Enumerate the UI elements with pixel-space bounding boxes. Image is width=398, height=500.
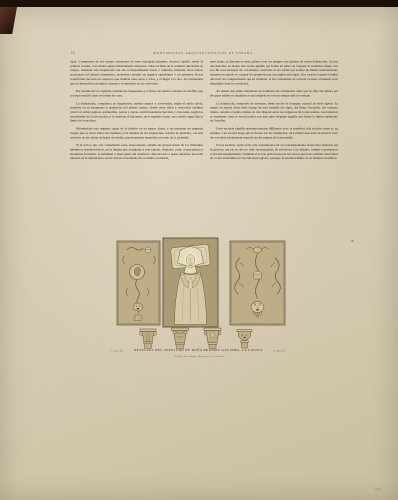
plate-subcaption: (Capilla del antiguo Hospital de la Lati… bbox=[112, 355, 286, 358]
photographed-book-page: 12 MONUMENTOS ARQUITECTÓNICOS DE ESPAÑA.… bbox=[0, 0, 398, 500]
running-title: MONUMENTOS ARQUITECTÓNICOS DE ESPAÑA. bbox=[70, 52, 338, 56]
paragraph-fr: La balustrade, composée de nervures, dem… bbox=[210, 102, 338, 124]
capitals-row bbox=[140, 328, 253, 348]
paragraph-fr: Au dessus des petits chapiteaux se termi… bbox=[210, 90, 338, 99]
skull-ornament bbox=[145, 247, 151, 253]
paper-speck bbox=[352, 240, 354, 242]
paragraph-fr: Cette seconde aiguille présente quelque … bbox=[210, 127, 338, 140]
paragraph-fr: Si nos lecteurs, après avoir pris connai… bbox=[210, 144, 338, 161]
paragraph-es: Diferénciase esta segunda aguja de la in… bbox=[70, 127, 203, 140]
pencil-note: 1908 bbox=[374, 488, 381, 491]
capital-detail bbox=[140, 329, 157, 348]
plate-caption: DETALLES DEL SEPULCRO DE DOÑA BEATRIZ GA… bbox=[112, 349, 286, 352]
paragraph-es: cipal. Compónese de dos tramos adornados… bbox=[70, 60, 203, 86]
paragraph-fr: mier étage, se divisent en deux paliers … bbox=[210, 60, 338, 86]
capital-detail bbox=[204, 328, 221, 348]
paragraph-es: Por encima de los capiteles rematan los … bbox=[70, 90, 203, 99]
column-french: mier étage, se divisent en deux paliers … bbox=[210, 60, 338, 165]
mask-ornament bbox=[133, 303, 143, 311]
plate-engraving bbox=[112, 228, 286, 350]
capital-detail bbox=[172, 328, 189, 348]
page-content: 12 MONUMENTOS ARQUITECTÓNICOS DE ESPAÑA.… bbox=[0, 7, 398, 500]
effigy-face bbox=[186, 255, 195, 266]
left-ornament-panel bbox=[117, 241, 160, 325]
paragraph-es: Si el lector, una vez consultados estos … bbox=[70, 144, 203, 161]
effigy-panel bbox=[163, 238, 218, 327]
column-spanish: cipal. Compónese de dos tramos adornados… bbox=[70, 60, 203, 165]
capital-detail bbox=[237, 330, 252, 349]
cherub-ornament bbox=[254, 247, 262, 253]
right-ornament-panel bbox=[230, 241, 285, 325]
paragraph-es: La balaustrada, compuesta de baquetones,… bbox=[70, 102, 203, 124]
